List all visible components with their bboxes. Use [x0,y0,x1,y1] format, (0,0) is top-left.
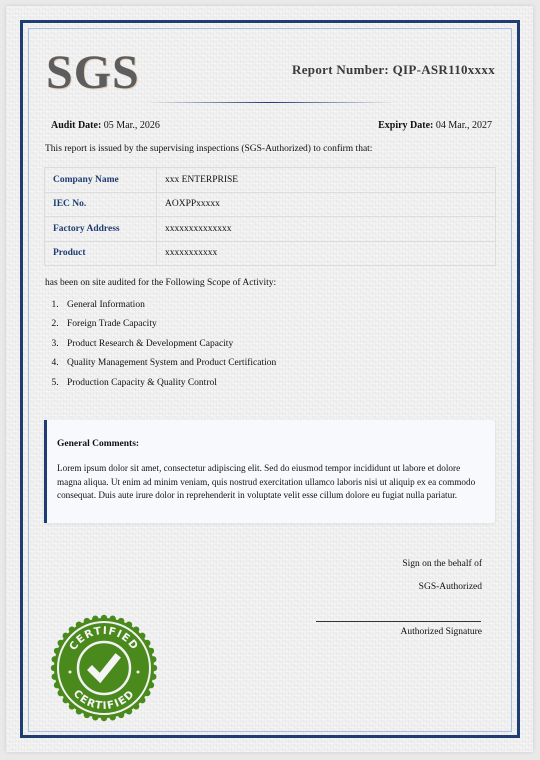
factory-address-value: xxxxxxxxxxxxxx [157,217,496,242]
sign-org-text: SGS-Authorized [419,582,482,592]
table-row: Company Name xxx ENTERPRISE [45,168,496,193]
certificate-page: SGS Report Number: QIP-ASR110xxxx Audit … [6,6,533,752]
header-divider [145,102,395,103]
expiry-date: Expiry Date: 04 Mar., 2027 [378,120,492,131]
audit-date-label: Audit Date: [51,120,101,131]
signature-label: Authorized Signature [400,627,482,637]
audit-date-value: 05 Mar., 2026 [104,120,160,131]
table-row: IEC No. AOXPPxxxxx [45,192,496,217]
comments-title: General Comments: [57,439,139,449]
list-item: Product Research & Development Capacity [61,335,276,354]
iec-no-label: IEC No. [45,192,157,217]
table-row: Product xxxxxxxxxxx [45,241,496,266]
factory-address-label: Factory Address [45,217,157,242]
intro-text: This report is issued by the supervising… [45,144,372,154]
company-name-value: xxx ENTERPRISE [157,168,496,193]
general-comments-box: General Comments: Lorem ipsum dolor sit … [44,420,495,523]
report-number: Report Number: QIP-ASR110xxxx [292,62,495,78]
table-row: Factory Address xxxxxxxxxxxxxx [45,217,496,242]
company-info-table: Company Name xxx ENTERPRISE IEC No. AOXP… [44,167,496,266]
sign-behalf-text: Sign on the behalf of [402,559,482,569]
list-item: Foreign Trade Capacity [61,315,276,334]
list-item: Quality Management System and Product Ce… [61,354,276,373]
scope-intro: has been on site audited for the Followi… [45,278,276,288]
sgs-logo: SGS [46,46,140,100]
comments-body: Lorem ipsum dolor sit amet, consectetur … [57,462,485,503]
signature-line [316,621,481,622]
certified-stamp-icon: CERTIFIED CERTIFIED [48,612,160,724]
company-name-label: Company Name [45,168,157,193]
product-value: xxxxxxxxxxx [157,241,496,266]
iec-no-value: AOXPPxxxxx [157,192,496,217]
audit-date: Audit Date: 05 Mar., 2026 [51,120,160,131]
scope-list: General Information Foreign Trade Capaci… [45,296,276,393]
product-label: Product [45,241,157,266]
list-item: Production Capacity & Quality Control [61,374,276,393]
expiry-date-value: 04 Mar., 2027 [436,120,492,131]
expiry-date-label: Expiry Date: [378,120,433,131]
list-item: General Information [61,296,276,315]
